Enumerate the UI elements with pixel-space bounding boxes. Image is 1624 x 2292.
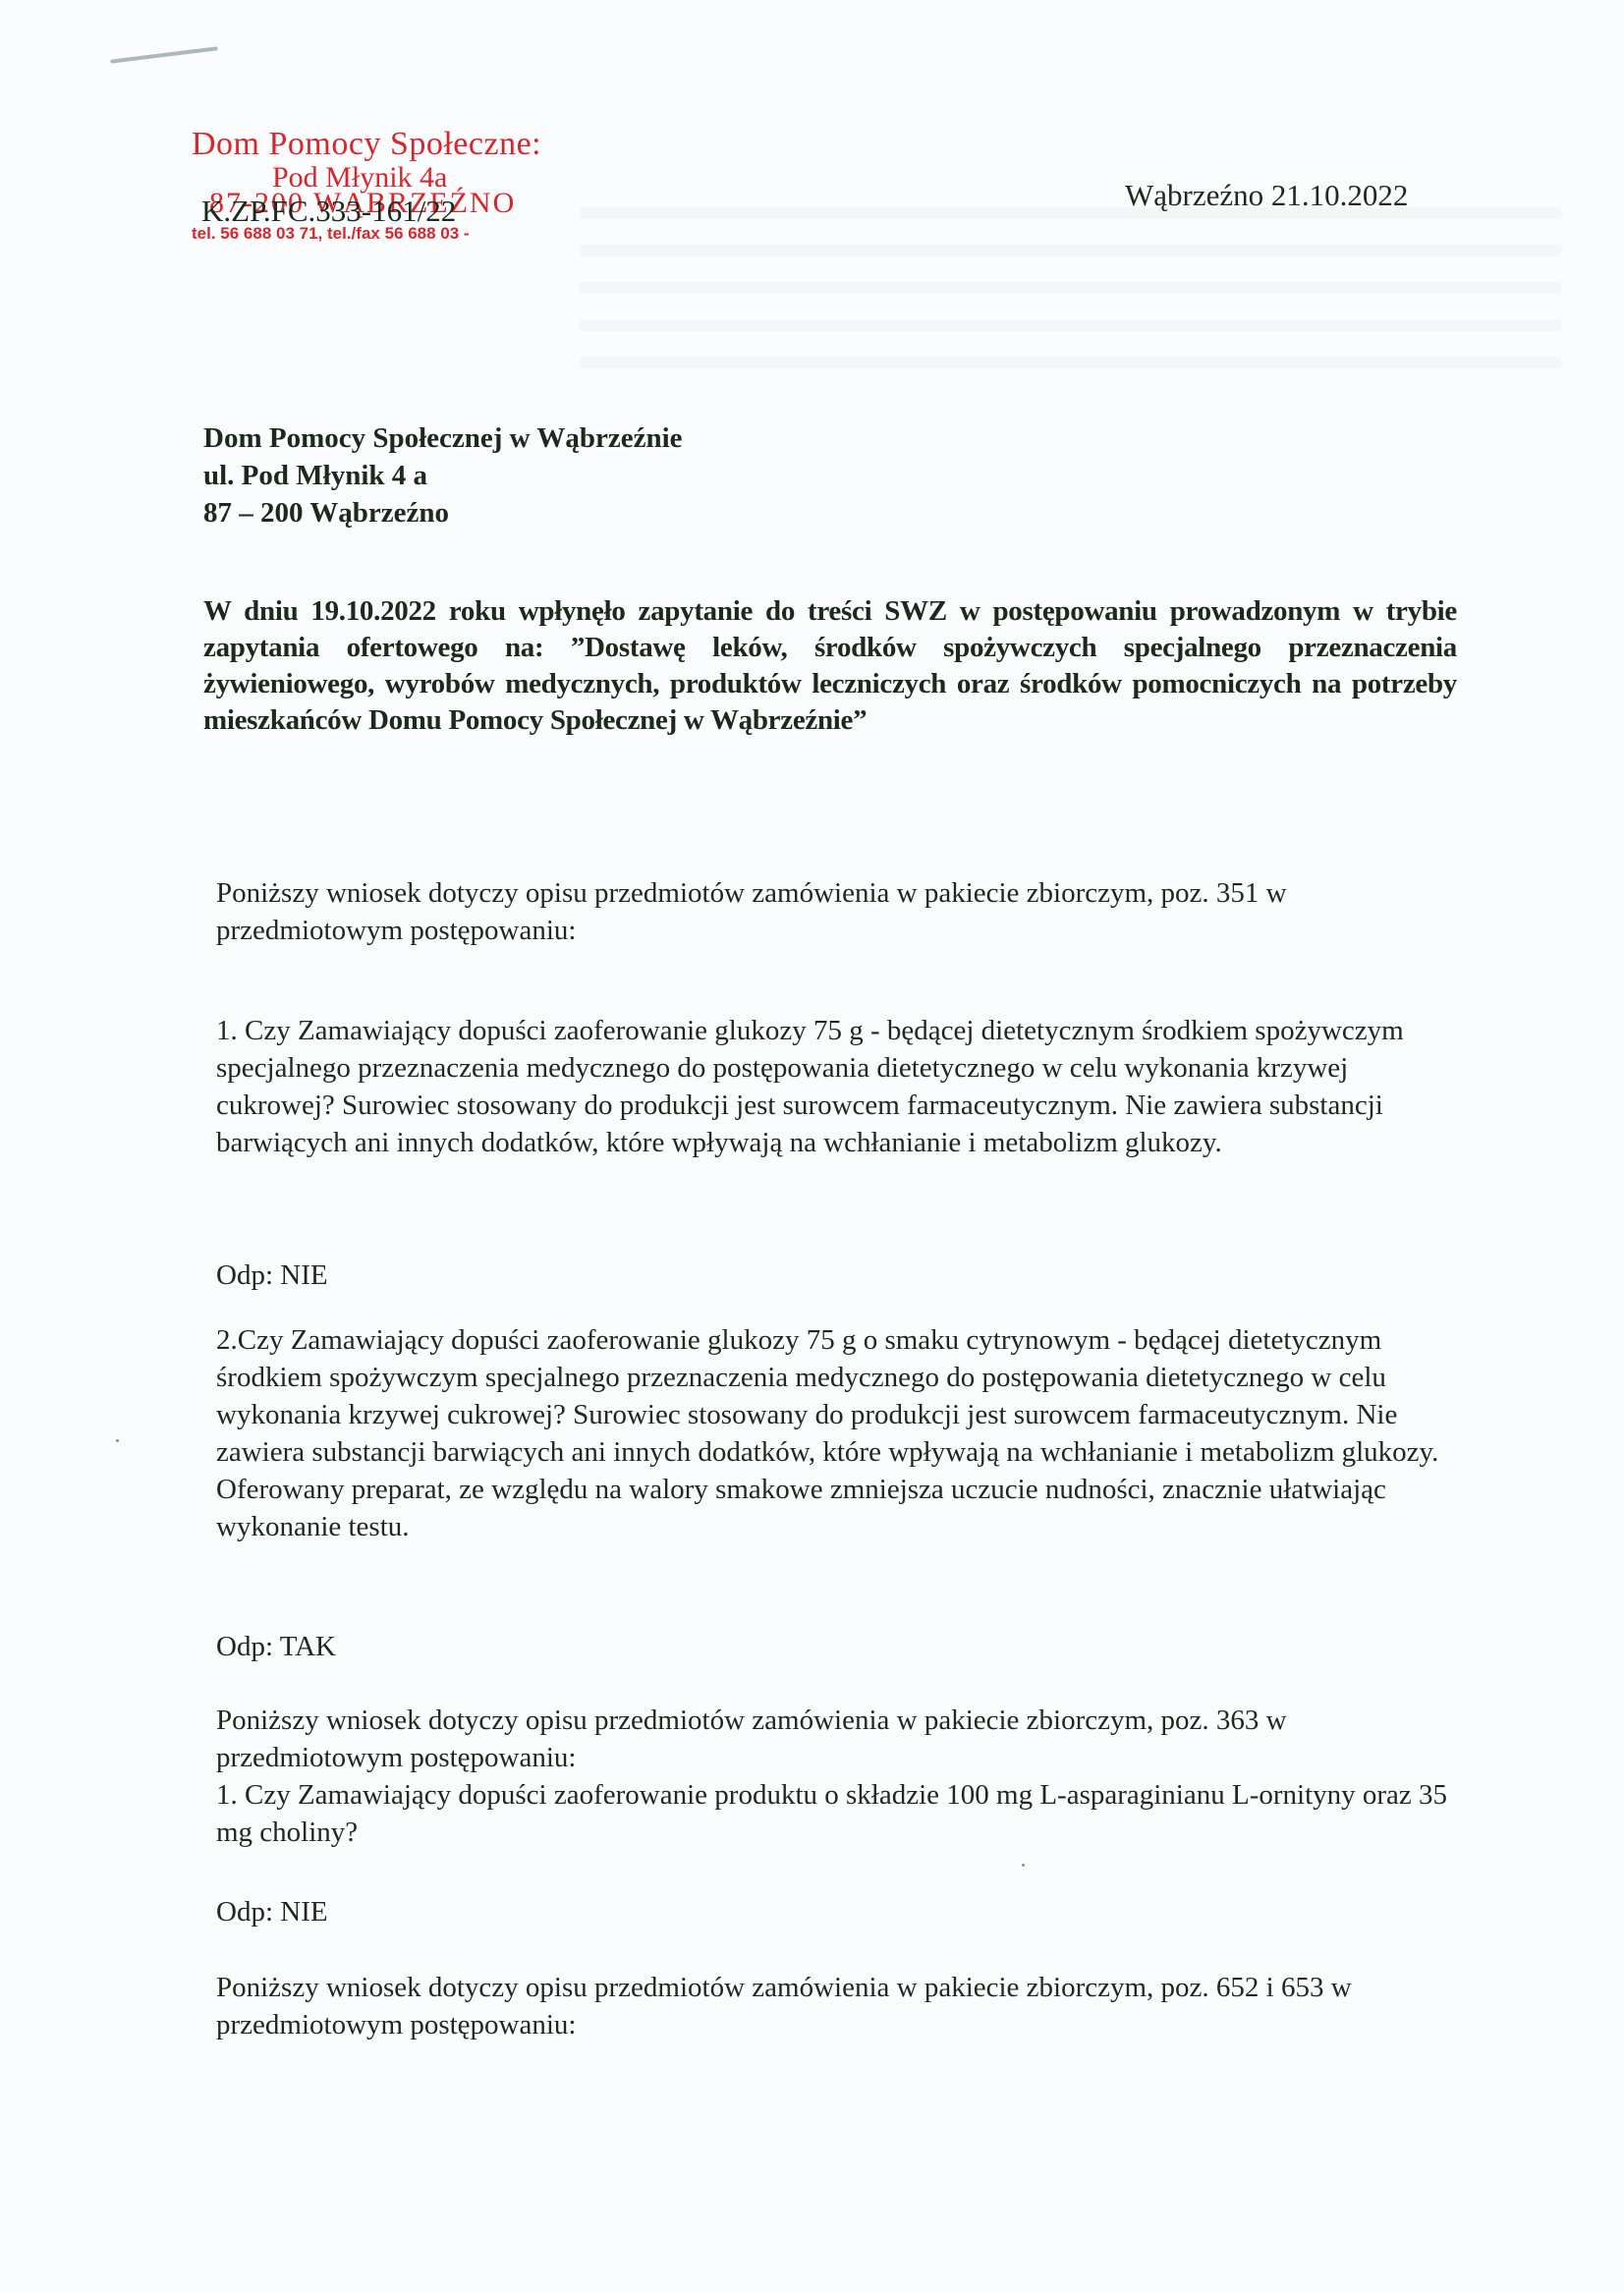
place-and-date: Wąbrzeźno 21.10.2022 xyxy=(1125,178,1408,213)
scan-speck xyxy=(1022,1864,1025,1867)
answer-label: Odp: NIE xyxy=(216,1896,328,1929)
request-paragraph: Poniższy wniosek dotyczy opisu przedmiot… xyxy=(216,874,1474,949)
pen-mark xyxy=(110,46,218,63)
reference-number: K.ZP.FC.333-161/22 xyxy=(201,194,456,229)
answer-label: Odp: NIE xyxy=(216,1259,328,1292)
scan-speck xyxy=(116,1439,119,1442)
answer-label: Odp: TAK xyxy=(216,1631,336,1663)
addressee-name: Dom Pomocy Społecznej w Wąbrzeźnie xyxy=(203,419,683,457)
addressee-block: Dom Pomocy Społecznej w Wąbrzeźnie ul. P… xyxy=(203,419,683,531)
question-paragraph: 1. Czy Zamawiający dopuści zaoferowanie … xyxy=(216,1012,1474,1161)
addressee-city: 87 – 200 Wąbrzeźno xyxy=(203,494,683,531)
request-paragraph: Poniższy wniosek dotyczy opisu przedmiot… xyxy=(216,1702,1474,1776)
intro-paragraph: W dniu 19.10.2022 roku wpłynęło zapytani… xyxy=(203,593,1457,739)
question-paragraph: 2.Czy Zamawiający dopuści zaoferowanie g… xyxy=(216,1321,1474,1545)
institution-stamp: Dom Pomocy Społeczne: Pod Młynik 4a 87-2… xyxy=(192,126,541,163)
question-paragraph: 1. Czy Zamawiający dopuści zaoferowanie … xyxy=(216,1776,1474,1851)
reverse-side-bleed-through xyxy=(580,182,1562,378)
addressee-street: ul. Pod Młynik 4 a xyxy=(203,457,683,494)
stamp-line-name: Dom Pomocy Społeczne: xyxy=(192,126,541,163)
request-paragraph: Poniższy wniosek dotyczy opisu przedmiot… xyxy=(216,1969,1474,2043)
